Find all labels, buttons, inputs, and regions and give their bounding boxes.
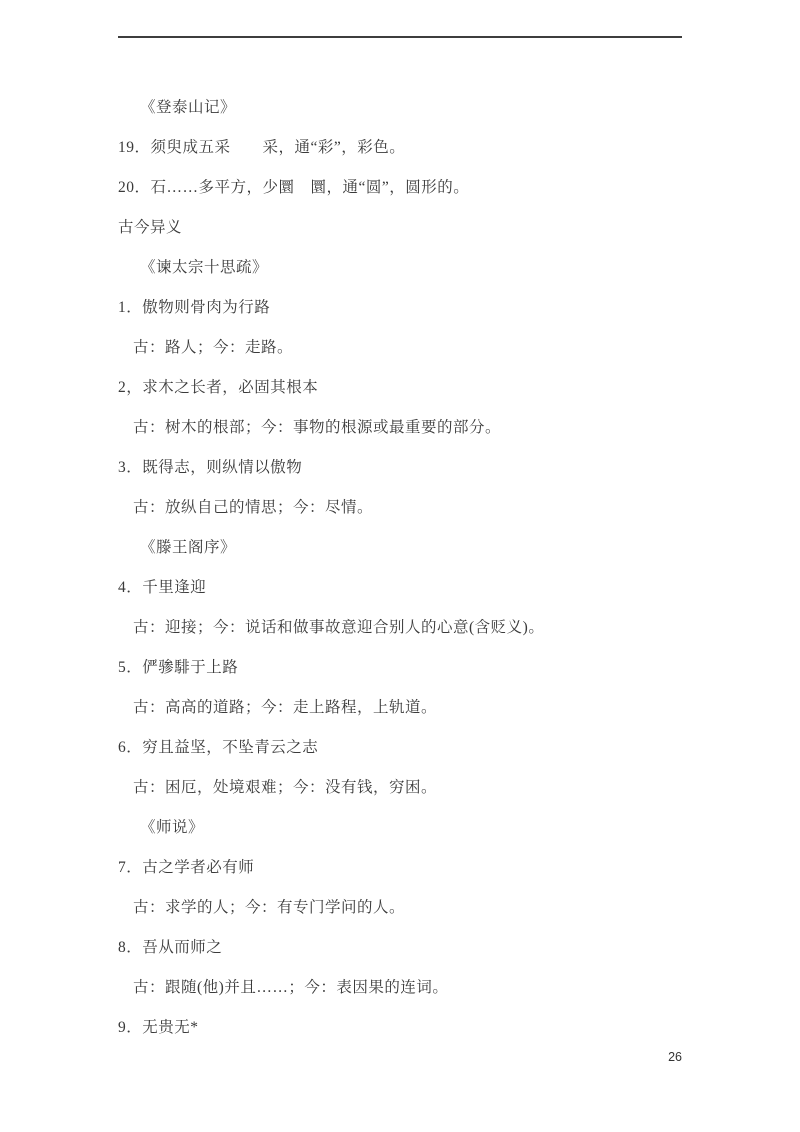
text-line: 古：高高的道路；今：走上路程，上轨道。	[118, 698, 684, 718]
text-line: 2，求木之长者，必固其根本	[118, 378, 684, 398]
text-line: 古今异义	[118, 218, 684, 238]
document-body: 《登泰山记》19．须臾成五采 采，通“彩”，彩色。20．石……多平方，少圜 圜，…	[118, 92, 684, 1058]
text-line: 古：跟随(他)并且……；今：表因果的连词。	[118, 978, 684, 998]
text-line: 古：树木的根部；今：事物的根源或最重要的部分。	[118, 418, 684, 438]
text-line: 1．傲物则骨肉为行路	[118, 298, 684, 318]
text-line: 4．千里逢迎	[118, 578, 684, 598]
text-line: 7．古之学者必有师	[118, 858, 684, 878]
text-line: 古：路人；今：走路。	[118, 338, 684, 358]
text-line: 9．无贵无*	[118, 1018, 684, 1038]
text-line: 3．既得志，则纵情以傲物	[118, 458, 684, 478]
text-line: 古：求学的人；今：有专门学问的人。	[118, 898, 684, 918]
text-line: 古：放纵自己的情思；今：尽情。	[118, 498, 684, 518]
text-line: 19．须臾成五采 采，通“彩”，彩色。	[118, 138, 684, 158]
text-line: 《滕王阁序》	[118, 538, 684, 558]
text-line: 《谏太宗十思疏》	[118, 258, 684, 278]
text-line: 6．穷且益坚，不坠青云之志	[118, 738, 684, 758]
text-line: 《师说》	[118, 818, 684, 838]
text-line: 8．吾从而师之	[118, 938, 684, 958]
text-line: 古：困厄，处境艰难；今：没有钱，穷困。	[118, 778, 684, 798]
page-number: 26	[668, 1050, 682, 1064]
text-line: 5．俨骖騑于上路	[118, 658, 684, 678]
header-rule	[118, 36, 682, 38]
text-line: 古：迎接；今：说话和做事故意迎合别人的心意(含贬义)。	[118, 618, 684, 638]
text-line: 《登泰山记》	[118, 98, 684, 118]
text-line: 20．石……多平方，少圜 圜，通“圆”，圆形的。	[118, 178, 684, 198]
